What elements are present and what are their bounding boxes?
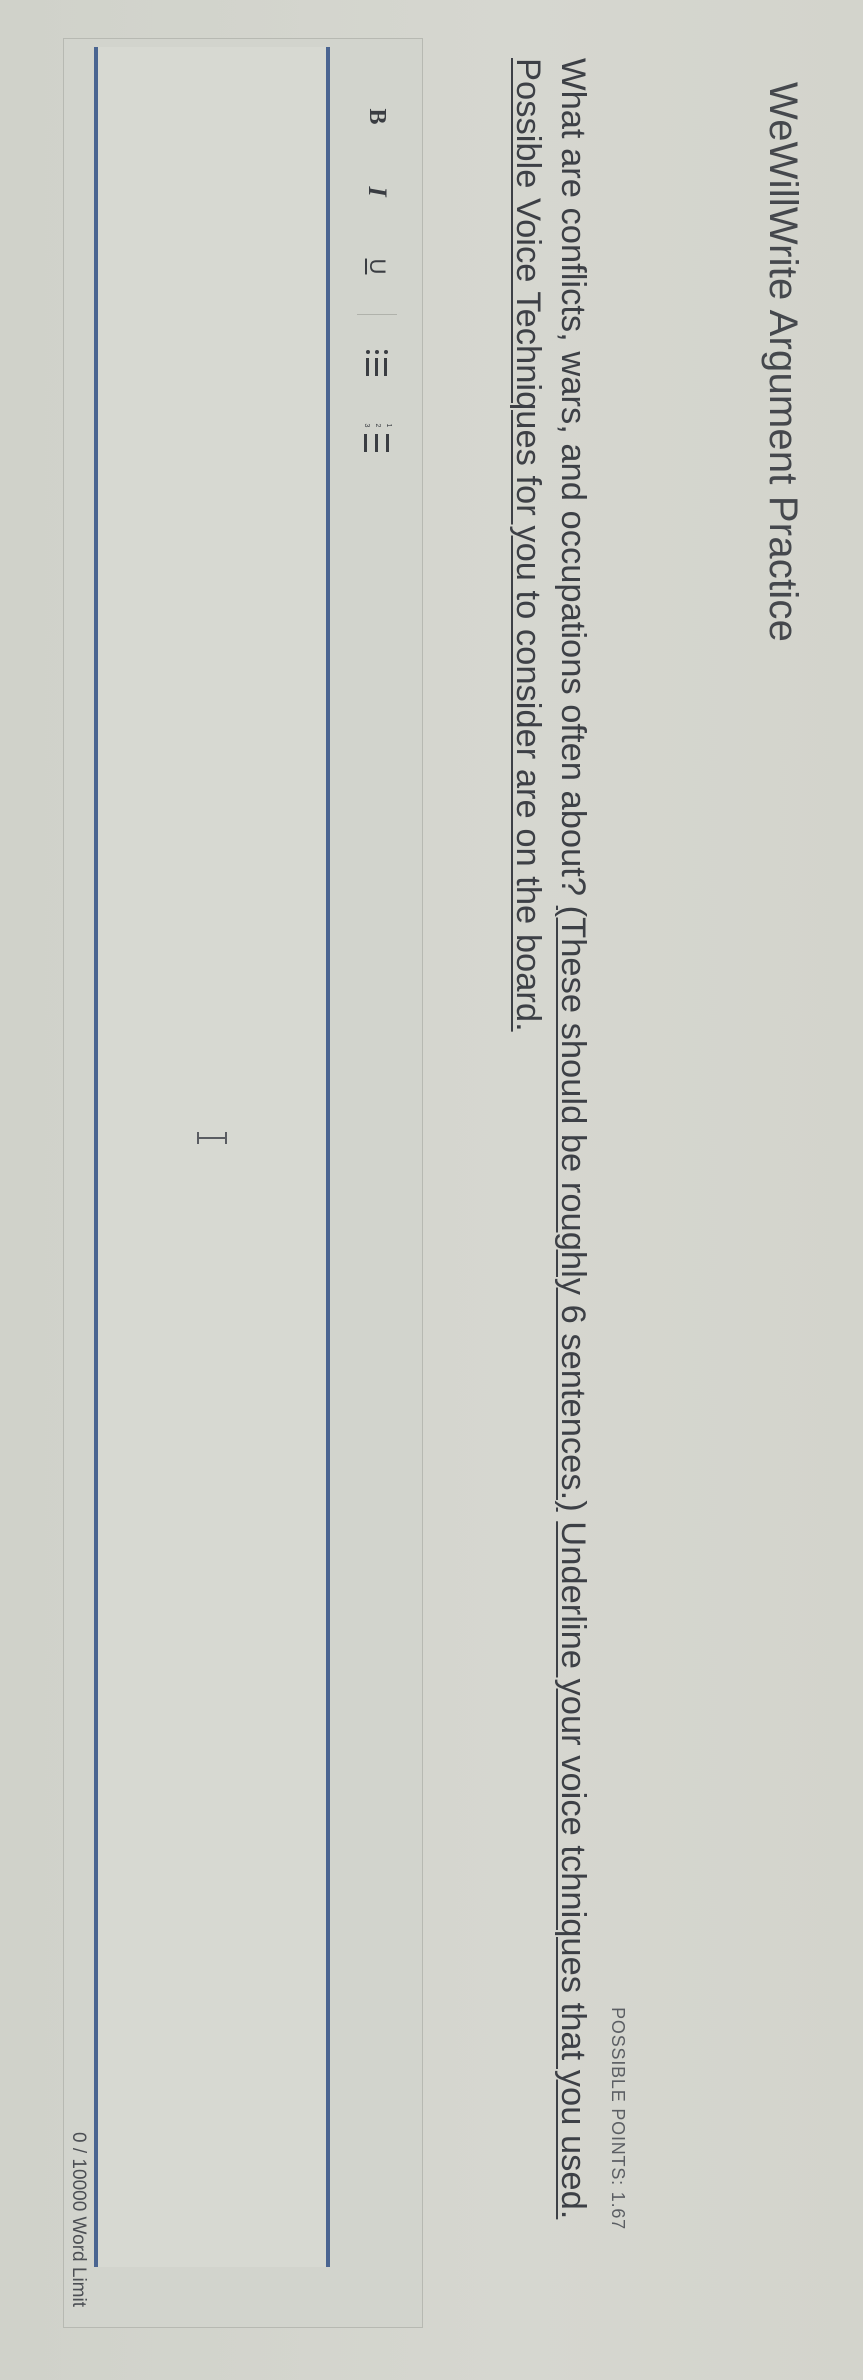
answer-text-area[interactable] — [94, 47, 330, 2267]
italic-button[interactable]: I — [352, 154, 402, 229]
prompt-sentence-guideline: (These should be roughly 6 sentences.) — [554, 906, 592, 1512]
word-limit-counter: 0 / 10000 Word Limit — [67, 2132, 89, 2307]
editor-toolbar: B I U 1 2 3 — [332, 39, 422, 2327]
numbered-list-button[interactable]: 1 2 3 — [352, 400, 402, 475]
screen: WeWillWrite Argument Practice POSSIBLE P… — [0, 0, 863, 2380]
toolbar-separator — [357, 314, 397, 315]
possible-points-label: POSSIBLE POINTS: 1.67 — [607, 2007, 628, 2230]
question-prompt: What are conflicts, wars, and occupation… — [505, 58, 595, 2358]
bold-button[interactable]: B — [352, 79, 402, 154]
underline-button[interactable]: U — [352, 229, 402, 304]
prompt-text: What are conflicts, wars, and occupation… — [554, 58, 592, 906]
page-title: WeWillWrite Argument Practice — [760, 82, 805, 642]
rich-text-editor: B I U 1 2 3 0 / 1000 — [63, 38, 423, 2328]
bulleted-list-icon — [366, 350, 388, 376]
bulleted-list-button[interactable] — [352, 325, 402, 400]
numbered-list-icon: 1 2 3 — [363, 424, 391, 452]
